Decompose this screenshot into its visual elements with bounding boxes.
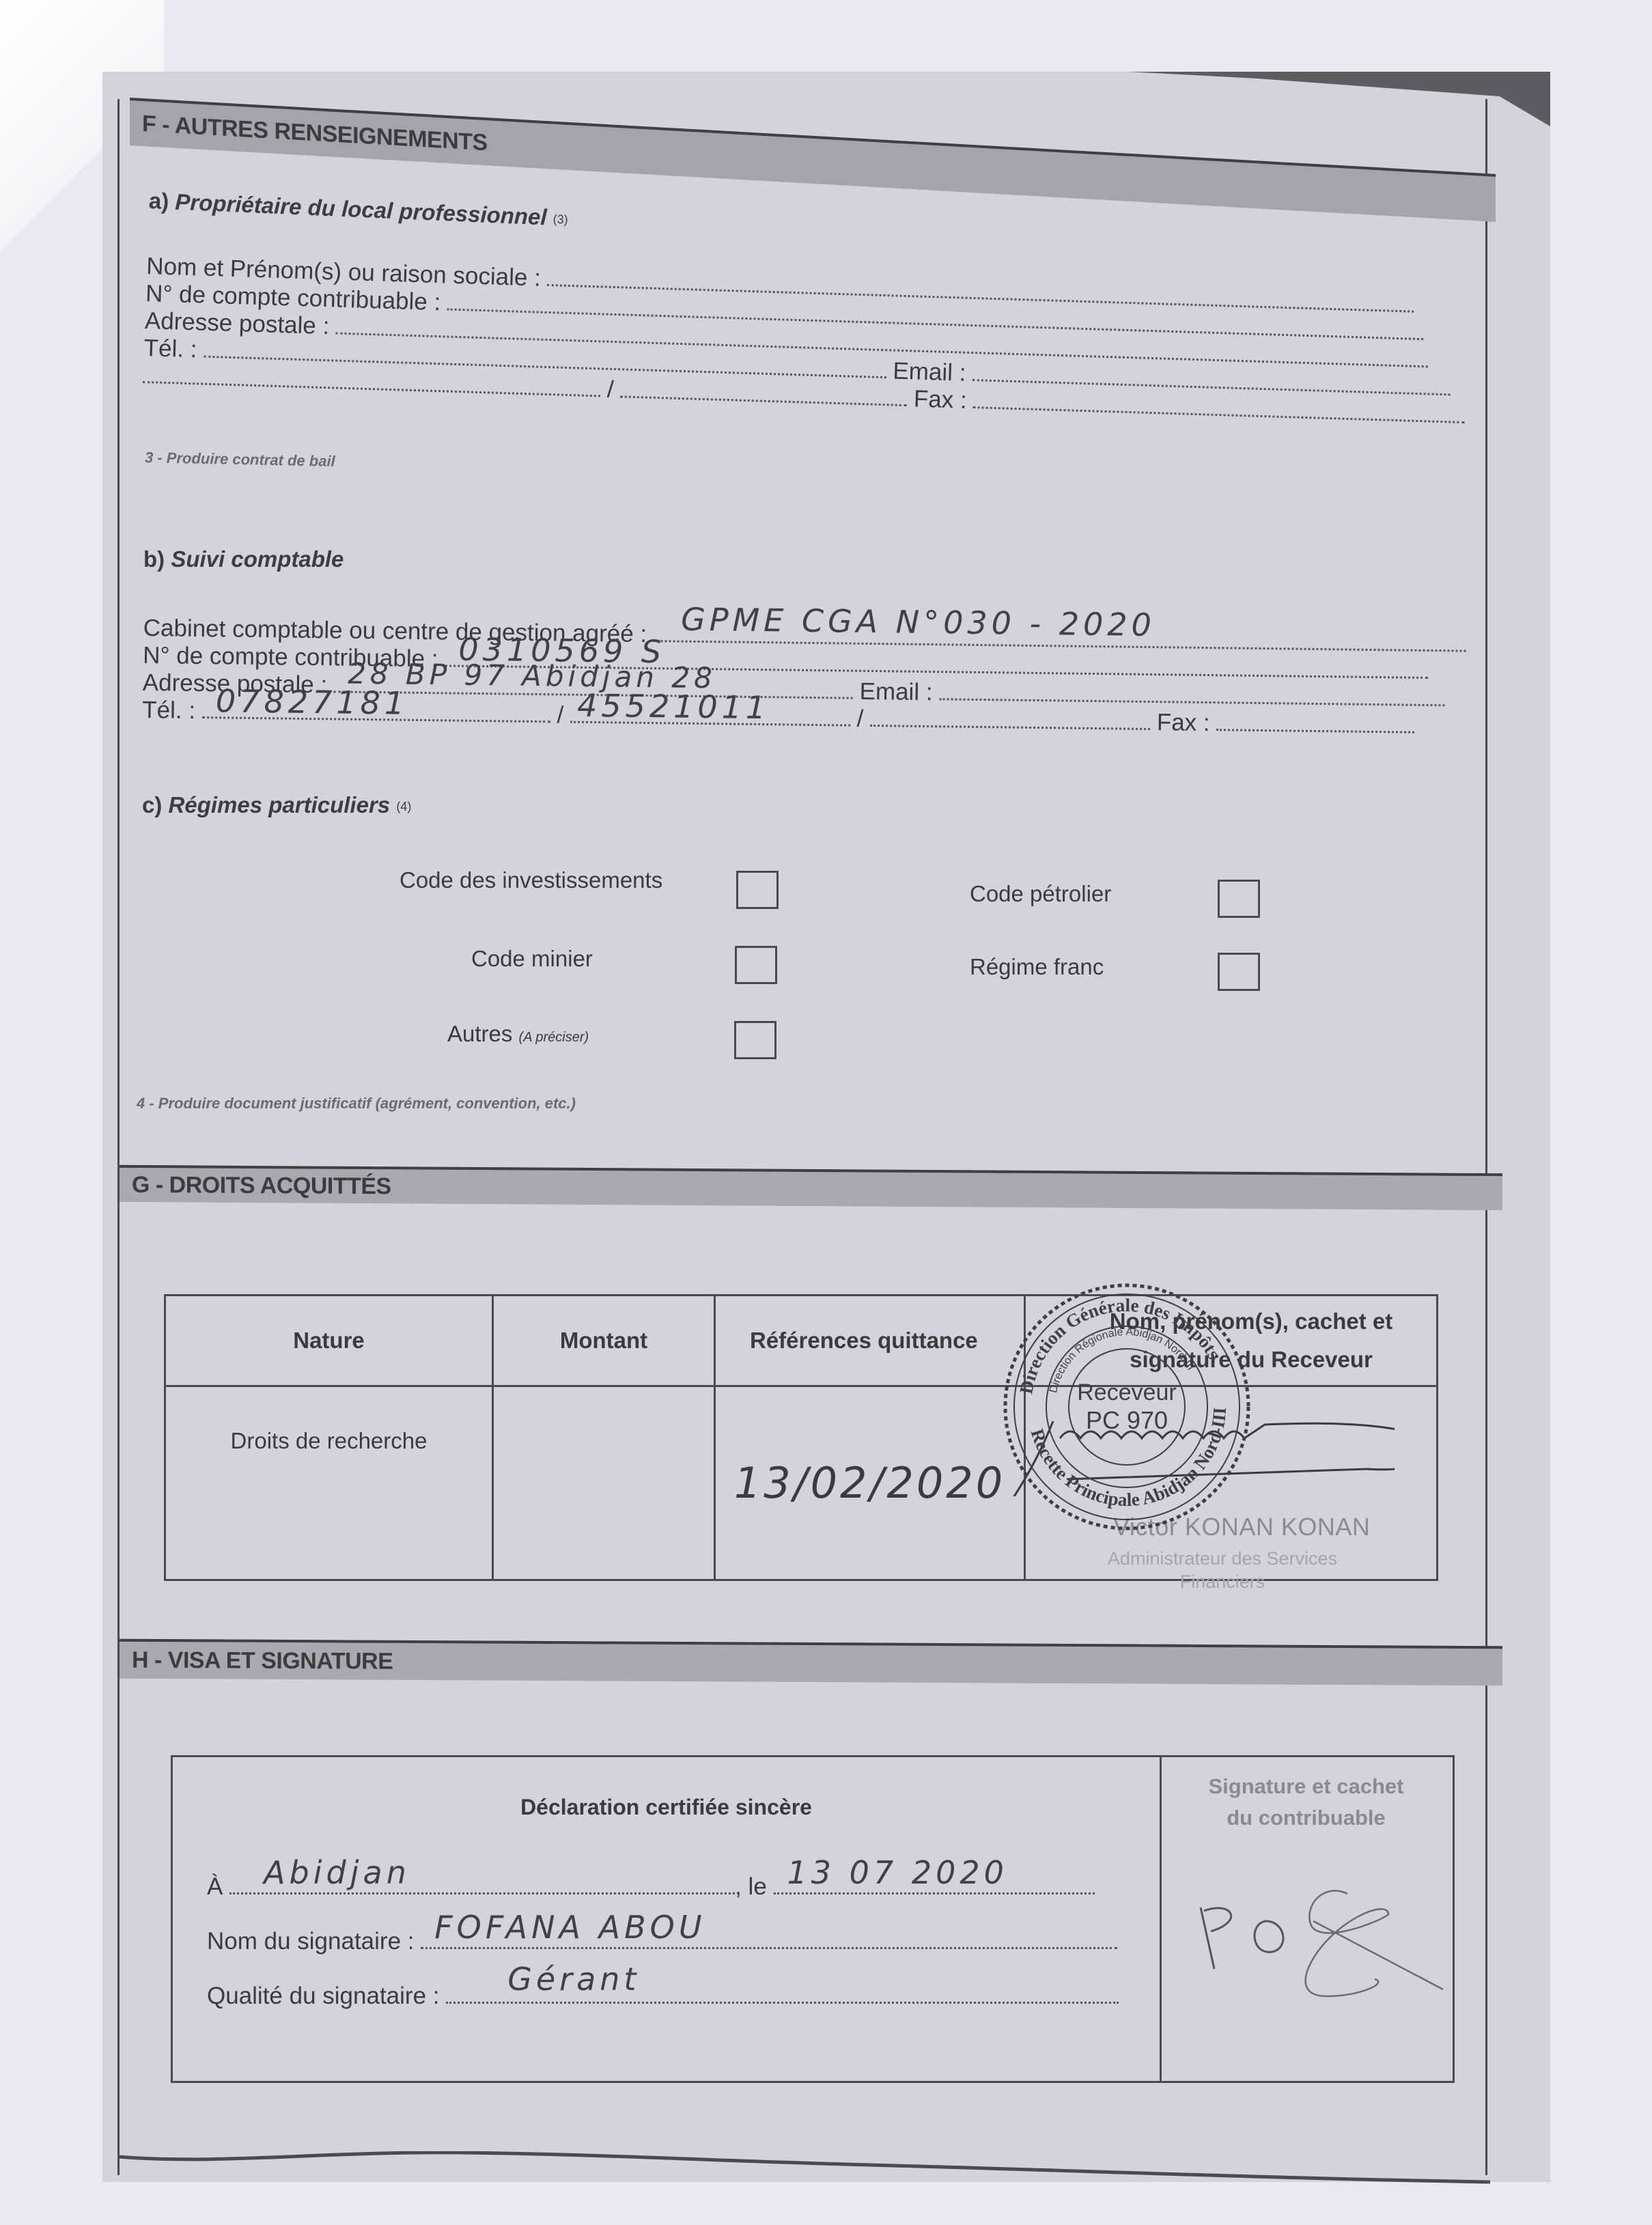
col-nature: Nature: [165, 1296, 493, 1386]
signature-title-line: Signature et cachet: [1160, 1771, 1453, 1802]
field-label: Qualité du signataire :: [207, 1983, 439, 2009]
accounting-fax-input[interactable]: [1216, 710, 1414, 733]
footnote-ref: (4): [396, 800, 411, 813]
option-label: Autres: [447, 1021, 512, 1046]
accounting-tel-input-2[interactable]: 45521011: [570, 702, 850, 727]
subsection-letter: a): [148, 188, 169, 214]
taxpayer-signature-icon: [1170, 1873, 1450, 2051]
handwritten-value: 07827181: [216, 682, 409, 721]
separator: /: [557, 701, 563, 728]
checkbox-code-minier[interactable]: [735, 946, 777, 984]
accounting-tel-input-3[interactable]: [870, 705, 1150, 730]
place-date-field[interactable]: À Abidjan, le 13 07 2020: [207, 1873, 1095, 1901]
signature-box-title: Signature et cachet du contribuable: [1160, 1771, 1453, 1834]
receveur-title-line: Financiers: [1031, 1570, 1414, 1593]
field-label: Tél. :: [143, 335, 197, 363]
signatory-quality-field[interactable]: Qualité du signataire : Gérant: [207, 1983, 1119, 2010]
subsection-letter: c): [142, 792, 162, 817]
separator: /: [606, 376, 614, 403]
regime-label-franc: Régime franc: [970, 954, 1104, 980]
field-label: , le: [735, 1873, 767, 1900]
form-page: F - AUTRES RENSEIGNEMENTS a) Propriétair…: [102, 72, 1550, 2182]
regime-label-autres: Autres (A préciser): [447, 1021, 589, 1047]
handwritten-value: Gérant: [507, 1961, 640, 1998]
handwritten-value: 45521011: [577, 687, 770, 726]
handwritten-value: 13 07 2020: [787, 1854, 1008, 1891]
section-h-title: H - VISA ET SIGNATURE: [132, 1647, 393, 1675]
official-stamp-icon: Direction Générale des Impôts Direction …: [990, 1270, 1263, 1543]
receveur-title-line: Administrateur des Services: [1031, 1547, 1414, 1570]
section-h-header: H - VISA ET SIGNATURE: [120, 1639, 1502, 1686]
cell-montant[interactable]: [493, 1386, 715, 1580]
declaration-box: Déclaration certifiée sincère Signature …: [171, 1755, 1455, 2083]
signature-title-line: du contribuable: [1160, 1802, 1453, 1834]
cell-references: 13/02/2020: [715, 1386, 1025, 1580]
subsection-letter: b): [143, 546, 165, 572]
col-montant: Montant: [493, 1296, 715, 1386]
footnote-4: 4 - Produire document justificatif (agré…: [137, 1095, 576, 1112]
checkbox-code-petrolier[interactable]: [1218, 880, 1260, 918]
field-label: Email :: [893, 357, 966, 386]
regime-label-investissements: Code des investissements: [400, 867, 662, 893]
separator: /: [856, 705, 863, 732]
subsection-b-title: b) Suivi comptable: [143, 546, 344, 572]
field-label: Adresse postale :: [144, 307, 330, 339]
place-input[interactable]: Abidjan: [229, 1873, 735, 1894]
regime-label-petrolier: Code pétrolier: [970, 881, 1111, 907]
svg-text:Receveur: Receveur: [1077, 1380, 1177, 1405]
regime-label-minier: Code minier: [471, 946, 593, 972]
form-bottom-border: [117, 2151, 1490, 2185]
declaration-title: Déclaration certifiée sincère: [173, 1795, 1160, 1820]
option-sublabel: (A préciser): [519, 1030, 589, 1045]
col-references: Références quittance: [715, 1296, 1025, 1386]
subsection-b-label: Suivi comptable: [171, 546, 344, 572]
accounting-tel-input-1[interactable]: 07827181: [202, 697, 550, 723]
receveur-title: Administrateur des Services Financiers: [1031, 1547, 1414, 1593]
field-label: Fax :: [913, 385, 967, 413]
field-label: Tél. :: [142, 697, 195, 724]
subsection-c-label: Régimes particuliers: [169, 792, 391, 817]
checkbox-autres[interactable]: [734, 1021, 776, 1059]
signatory-name-input[interactable]: FOFANA ABOU: [421, 1928, 1117, 1949]
field-label: Nom du signataire :: [207, 1928, 414, 1955]
footnote-ref: (3): [552, 212, 568, 227]
checkbox-regime-franc[interactable]: [1218, 953, 1260, 991]
date-input[interactable]: 13 07 2020: [774, 1873, 1095, 1894]
signatory-quality-input[interactable]: Gérant: [446, 1983, 1119, 2004]
field-label: Fax :: [1157, 709, 1210, 736]
handwritten-value: Abidjan: [264, 1854, 410, 1891]
signatory-name-field[interactable]: Nom du signataire : FOFANA ABOU: [207, 1928, 1117, 1955]
handwritten-value: FOFANA ABOU: [434, 1909, 705, 1946]
checkbox-code-investissements[interactable]: [736, 871, 779, 909]
subsection-c-title: c) Régimes particuliers (4): [142, 792, 411, 818]
field-label: Email :: [859, 678, 932, 705]
cell-nature: Droits de recherche: [165, 1386, 493, 1580]
field-label: À: [207, 1873, 223, 1900]
section-g-title: G - DROITS ACQUITTÉS: [132, 1171, 391, 1199]
svg-text:PC 970: PC 970: [1086, 1406, 1168, 1434]
handwritten-value: GPME CGA N°030 - 2020: [681, 601, 1156, 643]
